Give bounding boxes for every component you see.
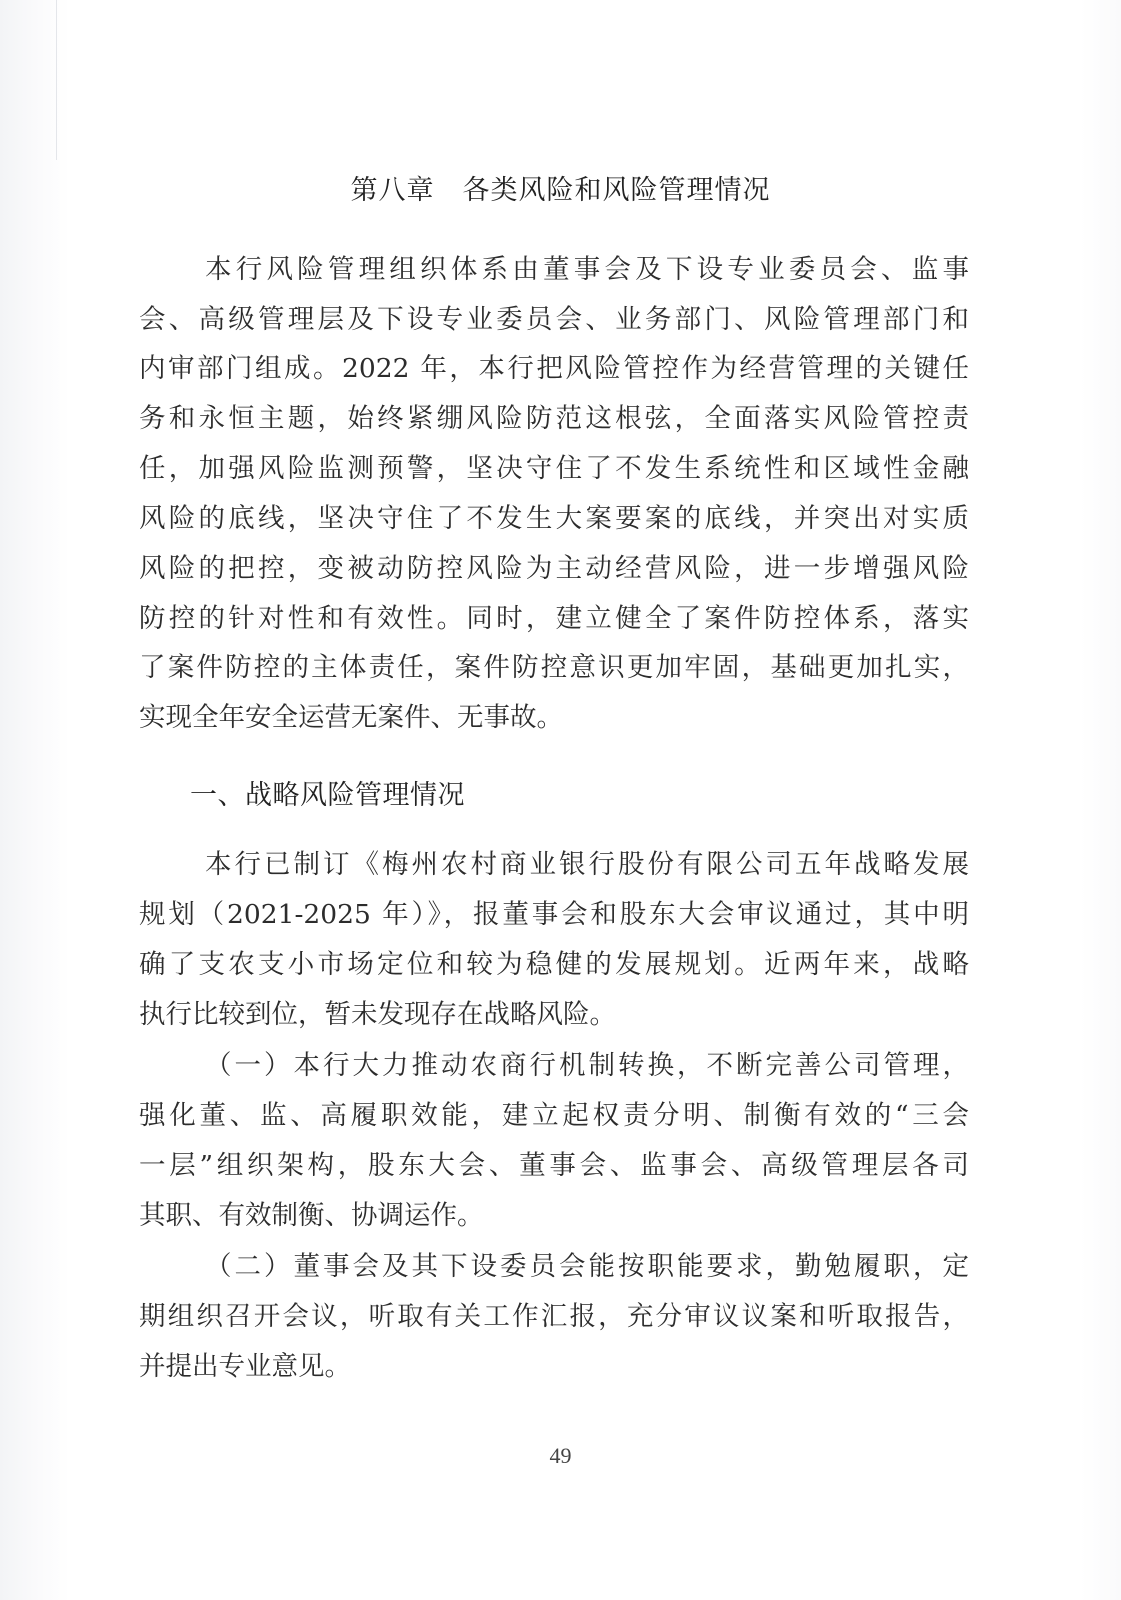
paragraph-line: 会、高级管理层及下设专业委员会、业务部门、风险管理部门和 [139,300,969,340]
paragraph-line: 并提出专业意见。 [139,1347,969,1387]
paragraph-line: 务和永恒主题，始终紧绷风险防范这根弦，全面落实风险管控责 [139,399,969,439]
paragraph-line: 本行风险管理组织体系由董事会及下设专业委员会、监事 [205,250,969,290]
document-page: 第八章 各类风险和风险管理情况 本行风险管理组织体系由董事会及下设专业委员会、监… [0,0,1121,1600]
page-number: 49 [0,1443,1121,1469]
chapter-title: 第八章 各类风险和风险管理情况 [0,168,1121,207]
paragraph-line: 风险的底线，坚决守住了不发生大案要案的底线，并突出对实质 [139,499,969,539]
paragraph-line: 本行已制订《梅州农村商业银行股份有限公司五年战略发展 [205,845,969,885]
paragraph-line: （一）本行大力推动农商行机制转换，不断完善公司管理， [205,1046,969,1086]
paragraph-line: 了案件防控的主体责任，案件防控意识更加牢固，基础更加扎实， [139,648,969,688]
paragraph-line: 确了支农支小市场定位和较为稳健的发展规划。近两年来，战略 [139,945,969,985]
paragraph-line: 防控的针对性和有效性。同时，建立健全了案件防控体系，落实 [139,599,969,639]
paragraph-line: 强化董、监、高履职效能，建立起权责分明、制衡有效的“三会 [139,1096,969,1136]
paragraph-line: 实现全年安全运营无案件、无事故。 [139,698,969,738]
paragraph-line: 内审部门组成。2022 年，本行把风险管控作为经营管理的关键任 [139,349,969,389]
paragraph-line: 风险的把控，变被动防控风险为主动经营风险，进一步增强风险 [139,549,969,589]
paragraph-line: （二）董事会及其下设委员会能按职能要求，勤勉履职，定 [205,1247,969,1287]
section-heading: 一、战略风险管理情况 [190,773,465,812]
scan-edge-line [56,0,57,160]
paragraph-line: 其职、有效制衡、协调运作。 [139,1196,969,1236]
paragraph-line: 任，加强风险监测预警，坚决守住了不发生系统性和区域性金融 [139,449,969,489]
paragraph-line: 规划（2021-2025 年）》，报董事会和股东大会审议通过，其中明 [139,895,969,935]
paragraph-line: 执行比较到位，暂未发现存在战略风险。 [139,995,969,1035]
paragraph-line: 期组织召开会议，听取有关工作汇报，充分审议议案和听取报告， [139,1297,969,1337]
paragraph-line: 一层”组织架构，股东大会、董事会、监事会、高级管理层各司 [139,1146,969,1186]
